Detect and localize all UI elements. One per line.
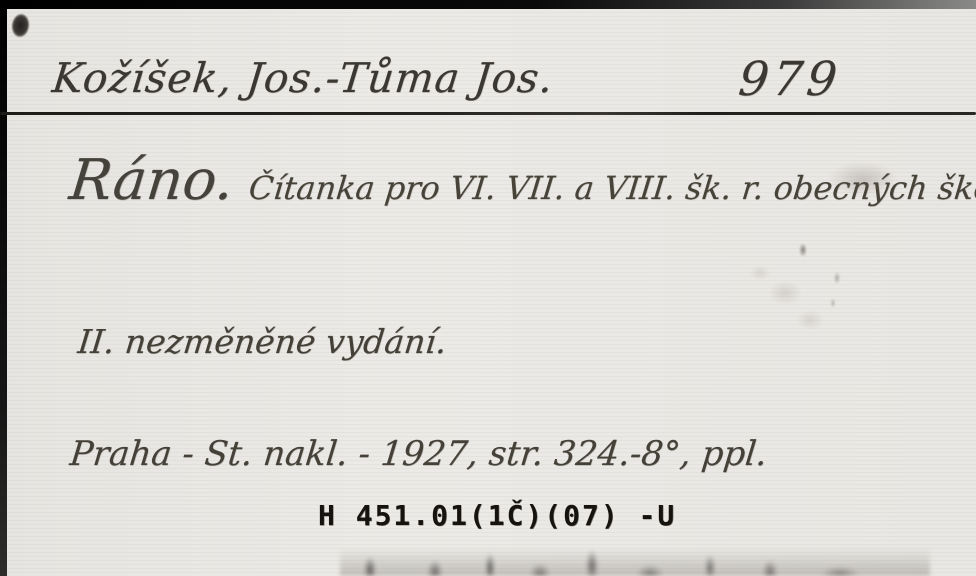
scan-edge-top bbox=[0, 0, 976, 9]
card-number: 979 bbox=[736, 52, 843, 107]
ink-speckle-stain bbox=[715, 238, 875, 343]
typed-call-number: H 451.01(1Č)(07) -U bbox=[318, 499, 676, 532]
bottom-edge-smudge bbox=[340, 548, 930, 576]
edition-note: II. nezměněné vydání. bbox=[76, 322, 449, 361]
faint-stain bbox=[828, 162, 898, 196]
title-main: Ráno. bbox=[67, 148, 237, 213]
heading-underline bbox=[0, 112, 976, 115]
catalog-card-scan: Kožíšek, Jos.-Tůma Jos. 979 Ráno. Čítank… bbox=[0, 0, 976, 576]
scan-edge-left bbox=[0, 0, 7, 576]
imprint-line: Praha - St. nakl. - 1927, str. 324.-8°, … bbox=[68, 434, 769, 474]
heading-author: Kožíšek, Jos.-Tůma Jos. bbox=[50, 54, 556, 102]
